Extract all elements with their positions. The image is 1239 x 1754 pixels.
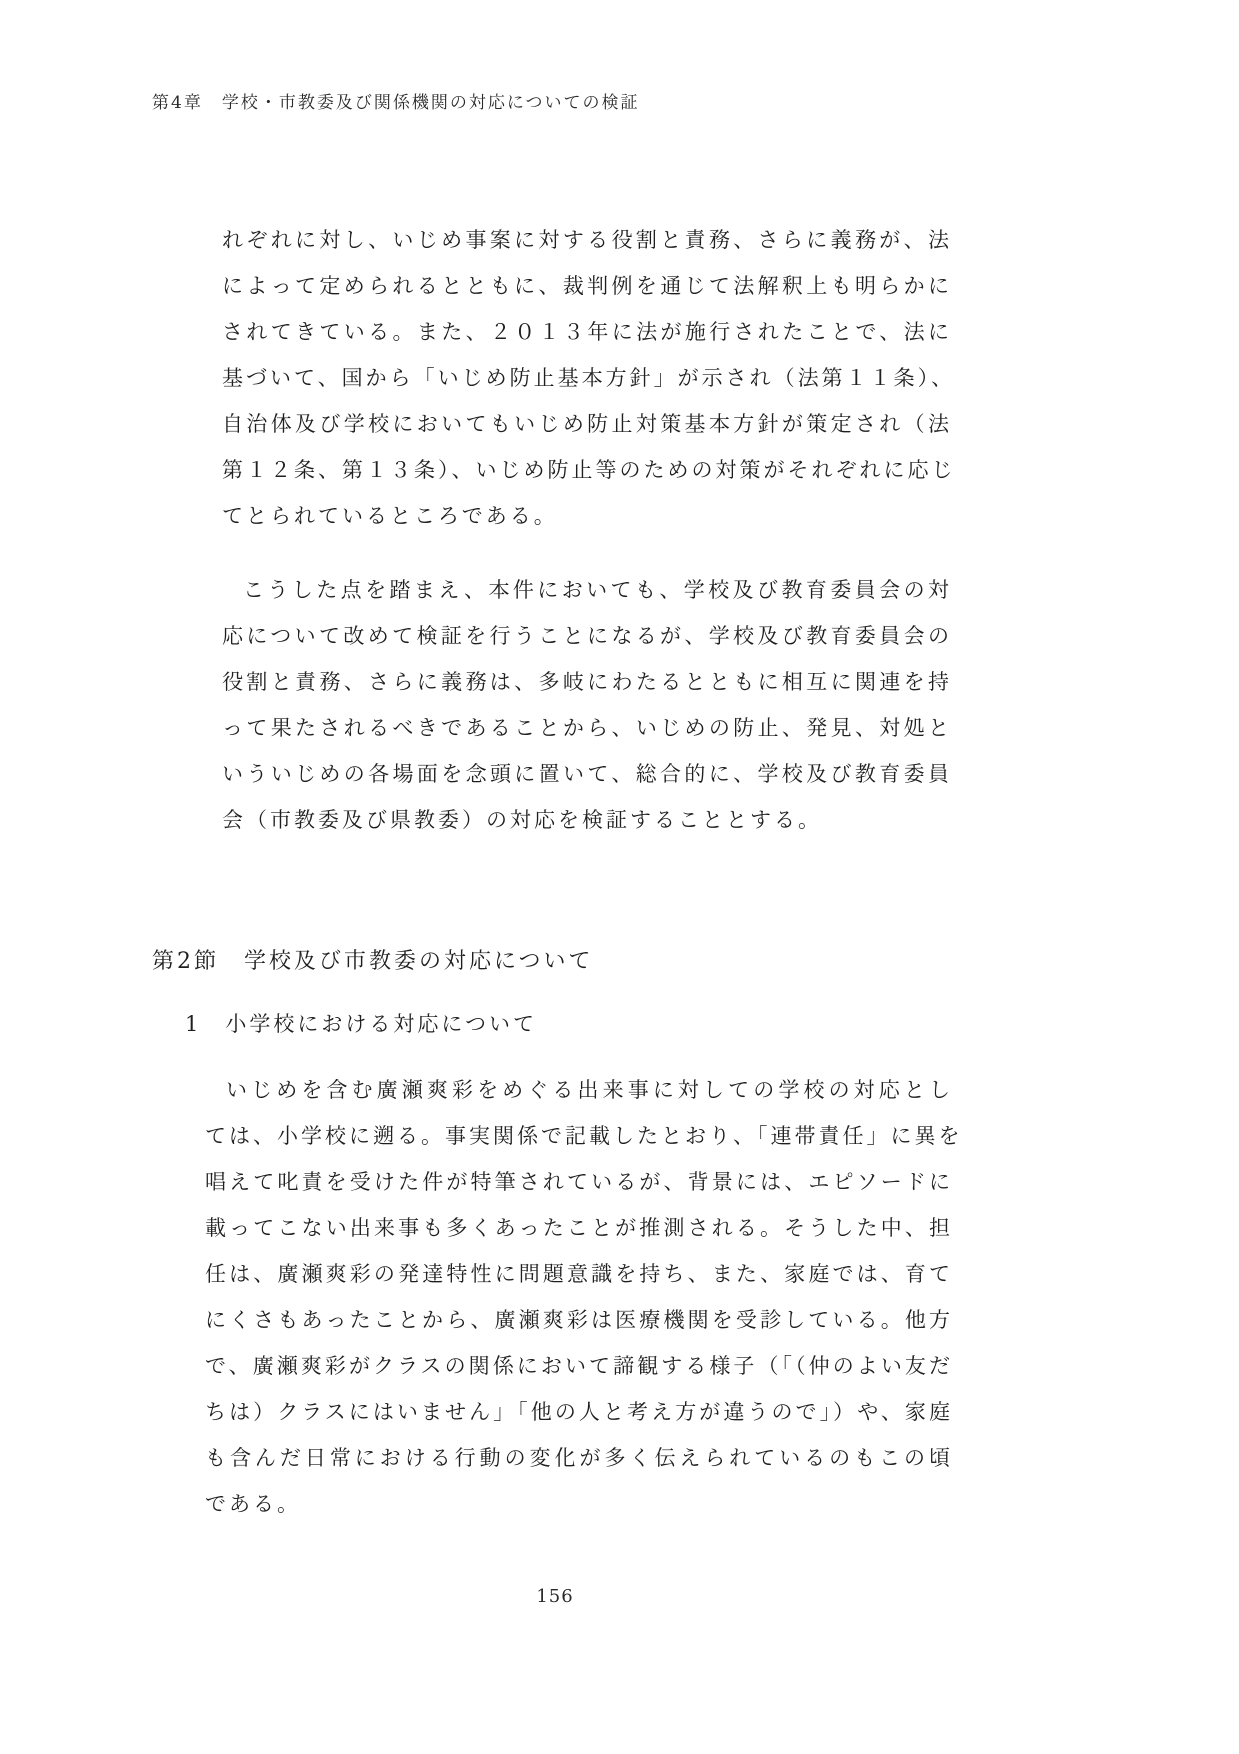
paragraph-line: 会（市教委及び県教委）の対応を検証することとする。 (222, 797, 952, 843)
paragraph-line: で、廣瀬爽彩がクラスの関係において諦観する様子（「（仲のよい友だ (205, 1343, 953, 1389)
section-heading: 第2節 学校及び市教委の対応について (152, 944, 594, 975)
paragraph-line: である。 (205, 1481, 953, 1527)
paragraph-line: 基づいて、国から「いじめ防止基本方針」が示され（法第１１条）、 (222, 355, 952, 401)
paragraph-line: にくさもあったことから、廣瀬爽彩は医療機関を受診している。他方 (205, 1297, 953, 1343)
paragraph-line: されてきている。また、２０１３年に法が施行されたことで、法に (222, 309, 952, 355)
paragraph-line: 唱えて叱責を受けた件が特筆されているが、背景には、エピソードに (205, 1159, 953, 1205)
paragraph-line: てとられているところである。 (222, 493, 952, 539)
paragraph-line: って果たされるべきであることから、いじめの防止、発見、対処と (222, 705, 952, 751)
paragraph-line: 載ってこない出来事も多くあったことが推測される。そうした中、担 (205, 1205, 953, 1251)
paragraph-line: 任は、廣瀬爽彩の発達特性に問題意識を持ち、また、家庭では、育て (205, 1251, 953, 1297)
document-page: 第4章 学校・市教委及び関係機関の対応についての検証 れぞれに対し、いじめ事案に… (0, 0, 1239, 1754)
paragraph-line: 自治体及び学校においてもいじめ防止対策基本方針が策定され（法 (222, 401, 952, 447)
paragraph-line: 第１２条、第１３条）、いじめ防止等のための対策がそれぞれに応じ (222, 447, 952, 493)
paragraph-line: いじめを含む廣瀬爽彩をめぐる出来事に対しての学校の対応とし (205, 1067, 953, 1113)
paragraph-line: ては、小学校に遡る。事実関係で記載したとおり、「連帯責任」に異を (205, 1113, 953, 1159)
paragraph-3: いじめを含む廣瀬爽彩をめぐる出来事に対しての学校の対応とし ては、小学校に遡る。… (205, 1067, 953, 1527)
paragraph-2: こうした点を踏まえ、本件においても、学校及び教育委員会の対 応について改めて検証… (222, 567, 952, 843)
paragraph-line: れぞれに対し、いじめ事案に対する役割と責務、さらに義務が、法 (222, 217, 952, 263)
paragraph-line: 役割と責務、さらに義務は、多岐にわたるとともに相互に関連を持 (222, 659, 952, 705)
page-number: 156 (0, 1586, 1110, 1607)
paragraph-line: こうした点を踏まえ、本件においても、学校及び教育委員会の対 (222, 567, 952, 613)
paragraph-1: れぞれに対し、いじめ事案に対する役割と責務、さらに義務が、法 によって定められる… (222, 217, 952, 539)
chapter-header: 第4章 学校・市教委及び関係機関の対応についての検証 (152, 88, 639, 113)
subsection-heading: 1 小学校における対応について (185, 1008, 537, 1038)
paragraph-line: によって定められるとともに、裁判例を通じて法解釈上も明らかに (222, 263, 952, 309)
paragraph-line: ちは）クラスにはいません」「他の人と考え方が違うので」）や、家庭 (205, 1389, 953, 1435)
paragraph-line: いういじめの各場面を念頭に置いて、総合的に、学校及び教育委員 (222, 751, 952, 797)
paragraph-line: 応について改めて検証を行うことになるが、学校及び教育委員会の (222, 613, 952, 659)
paragraph-line: も含んだ日常における行動の変化が多く伝えられているのもこの頃 (205, 1435, 953, 1481)
